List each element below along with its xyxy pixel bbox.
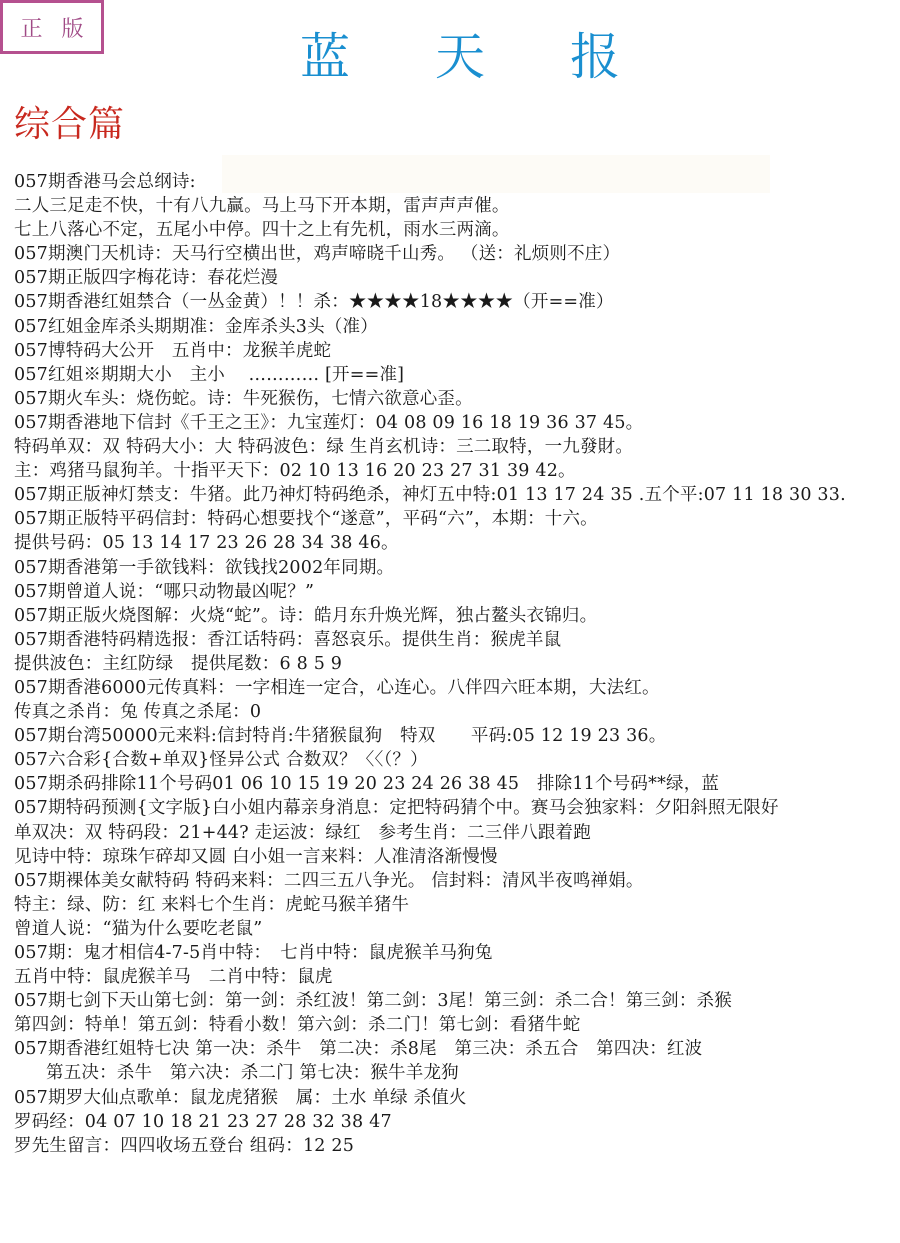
title-char: 天 (435, 17, 485, 89)
title-char: 蓝 (300, 17, 350, 89)
text-line: 057期香港马会总纲诗: (14, 170, 900, 194)
text-line: 罗先生留言：四四收场五登台 组码：12 25 (14, 1134, 900, 1158)
text-line: 七上八落心不定，五尾小中停。四十之上有先机，雨水三两滴。 (14, 218, 900, 242)
text-line: 传真之杀肖：兔 传真之杀尾：0 (14, 700, 900, 724)
text-line: 057期七剑下天山第七剑：第一剑：杀红波！第二剑：3尾！第三剑：杀二合！第三剑：… (14, 989, 900, 1013)
text-line: 057期香港红姐特七决 第一决：杀牛 第二决：杀8尾 第三决：杀五合 第四决：红… (14, 1037, 900, 1061)
text-line: 特码单双：双 特码大小：大 特码波色：绿 生肖玄机诗：三二取特，一九發財。 (14, 435, 900, 459)
text-line: 057期香港6000元传真料：一字相连一定合，心连心。八伴四六旺本期，大法红。 (14, 676, 900, 700)
title-char: 报 (570, 17, 620, 89)
text-line: 057期香港特码精选报：香江话特码：喜怒哀乐。提供生肖：猴虎羊鼠 (14, 628, 900, 652)
text-line: 057期香港第一手欲钱料：欲钱找2002年同期。 (14, 556, 900, 580)
text-line: 057期：鬼才相信4-7-5肖中特： 七肖中特：鼠虎猴羊马狗兔 (14, 941, 900, 965)
text-line: 057期特码预测{文字版}白小姐内幕亲身消息：定把特码猜个中。赛马会独家料：夕阳… (14, 796, 900, 820)
text-line: 057期火车头：烧伤蛇。诗：牛死猴伤，七情六欲意心歪。 (14, 387, 900, 411)
text-line: 提供号码：05 13 14 17 23 26 28 34 38 46。 (14, 531, 900, 555)
text-line: 第五决：杀牛 第六决：杀二门 第七决：猴牛羊龙狗 (14, 1061, 900, 1085)
text-line: 主：鸡猪马鼠狗羊。十指平天下：02 10 13 16 20 23 27 31 3… (14, 459, 900, 483)
text-line: 057期香港地下信封《千王之王》：九宝莲灯：04 08 09 16 18 19 … (14, 411, 900, 435)
text-line: 五肖中特：鼠虎猴羊马 二肖中特：鼠虎 (14, 965, 900, 989)
text-line: 057博特码大公开 五肖中：龙猴羊虎蛇 (14, 339, 900, 363)
text-line: 057期罗大仙点歌单：鼠龙虎猪猴 属：土水 单绿 杀值火 (14, 1086, 900, 1110)
text-line: 057期杀码排除11个号码01 06 10 15 19 20 23 24 26 … (14, 772, 900, 796)
text-line: 057红姐※期期大小 主小 ………… [开==准] (14, 363, 900, 387)
text-line: 057期正版神灯禁支：牛猪。此乃神灯特码绝杀，神灯五中特:01 13 17 24… (14, 483, 900, 507)
text-line: 曾道人说：“猫为什么要吃老鼠” (14, 917, 900, 941)
text-line: 单双决：双 特码段：21+44? 走运波：绿红 参考生肖：二三伴八跟着跑 (14, 821, 900, 845)
text-line: 第四剑：特单！第五剑：特看小数！第六剑：杀二门！第七剑：看猪牛蛇 (14, 1013, 900, 1037)
authentic-edition-badge: 正 版 (0, 0, 104, 54)
badge-char: 版 (61, 12, 83, 43)
text-line: 特主：绿、防：红 来料七个生肖：虎蛇马猴羊猪牛 (14, 893, 900, 917)
text-line: 提供波色：主红防绿 提供尾数：6 8 5 9 (14, 652, 900, 676)
text-line: 二人三足走不快，十有八九赢。马上马下开本期，雷声声声催。 (14, 194, 900, 218)
text-line: 057期曾道人说：“哪只动物最凶呢？” (14, 580, 900, 604)
text-line: 见诗中特：琼珠乍碎却又圆 白小姐一言来料：人准清洛渐慢慢 (14, 845, 900, 869)
text-line: 057期澳门天机诗：天马行空横出世，鸡声啼晓千山秀。 （送：礼烦则不庄） (14, 242, 900, 266)
text-line: 057期正版特平码信封：特码心想要找个“遂意”，平码“六”，本期：十六。 (14, 507, 900, 531)
text-line: 057期正版四字梅花诗：春花烂漫 (14, 266, 900, 290)
text-line: 057期正版火烧图解：火烧“蛇”。诗：皓月东升焕光辉，独占鳌头衣锦归。 (14, 604, 900, 628)
text-line: 罗码经：04 07 10 18 21 23 27 28 32 38 47 (14, 1110, 900, 1134)
badge-char: 正 (20, 12, 42, 43)
section-title: 综合篇 (14, 96, 125, 147)
article-body: 057期香港马会总纲诗:二人三足走不快，十有八九赢。马上马下开本期，雷声声声催。… (14, 170, 900, 1158)
newspaper-title: 蓝 天 报 (300, 18, 620, 88)
text-line: 057期香港红姐禁合（一丛金黄）！！杀：★★★★18★★★★（开==准） (14, 290, 900, 314)
text-line: 057六合彩{合数+单双}怪异公式 合数双？〈〈（？） (14, 748, 900, 772)
text-line: 057期裸体美女献特码 特码来料：二四三五八争光。 信封料：清风半夜鸣禅娟。 (14, 869, 900, 893)
text-line: 057期台湾50000元来料:信封特肖:牛猪猴鼠狗 特双 平码:05 12 19… (14, 724, 900, 748)
text-line: 057红姐金库杀头期期准：金库杀头3头（准） (14, 315, 900, 339)
